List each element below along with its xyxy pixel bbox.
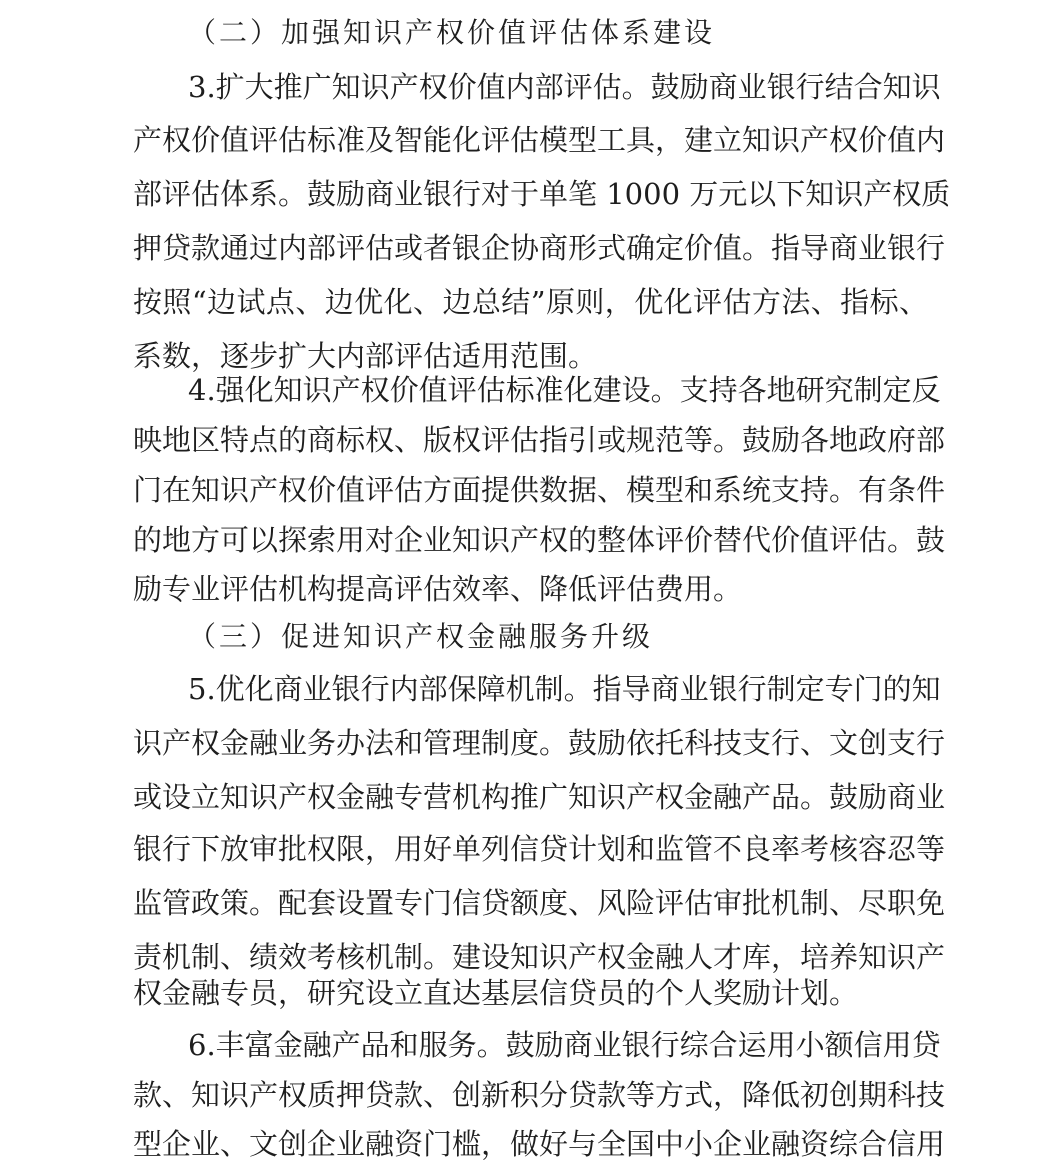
item-5-line-2: 识产权金融业务办法和管理制度。鼓励依托科技支行、文创支行 (133, 721, 928, 765)
item-4-line-5: 励专业评估机构提高评估效率、降低评估费用。 (133, 567, 928, 611)
item-4-line-2: 映地区特点的商标权、版权评估指引或规范等。鼓励各地政府部 (133, 418, 928, 462)
item-4-line-3: 门在知识产权价值评估方面提供数据、模型和系统支持。有条件 (133, 468, 928, 512)
section-heading-2: （二）加强知识产权价值评估体系建设 (188, 11, 715, 55)
item-3-line-2: 产权价值评估标准及智能化评估模型工具，建立知识产权价值内 (133, 118, 928, 162)
item-3-line-5: 按照“边试点、边优化、边总结”原则，优化评估方法、指标、 (133, 280, 928, 324)
document-page: （二）加强知识产权价值评估体系建设 3.扩大推广知识产权价值内部评估。鼓励商业银… (0, 0, 1054, 1172)
item-4-line-4: 的地方可以探索用对企业知识产权的整体评价替代价值评估。鼓 (133, 518, 928, 562)
item-6-line-3: 型企业、文创企业融资门槛，做好与全国中小企业融资综合信用 (133, 1122, 928, 1166)
section-heading-3: （三）促进知识产权金融服务升级 (188, 615, 653, 659)
item-3-line-1: 3.扩大推广知识产权价值内部评估。鼓励商业银行结合知识 (188, 65, 928, 109)
item-6-line-2: 款、知识产权质押贷款、创新积分贷款等方式，降低初创期科技 (133, 1073, 928, 1117)
item-3-line-4: 押贷款通过内部评估或者银企协商形式确定价值。指导商业银行 (133, 226, 928, 270)
item-3-line-3: 部评估体系。鼓励商业银行对于单笔 1000 万元以下知识产权质 (133, 172, 928, 216)
item-6-line-1: 6.丰富金融产品和服务。鼓励商业银行综合运用小额信用贷 (188, 1023, 928, 1067)
item-4-line-1: 4.强化知识产权价值评估标准化建设。支持各地研究制定反 (188, 368, 928, 412)
item-5-line-7: 权金融专员，研究设立直达基层信贷员的个人奖励计划。 (133, 971, 928, 1015)
item-5-line-3: 或设立知识产权金融专营机构推广知识产权金融产品。鼓励商业 (133, 775, 928, 819)
item-5-line-1: 5.优化商业银行内部保障机制。指导商业银行制定专门的知 (188, 667, 928, 711)
item-5-line-5: 监管政策。配套设置专门信贷额度、风险评估审批机制、尽职免 (133, 881, 928, 925)
item-5-line-4: 银行下放审批权限，用好单列信贷计划和监管不良率考核容忍等 (133, 827, 928, 871)
